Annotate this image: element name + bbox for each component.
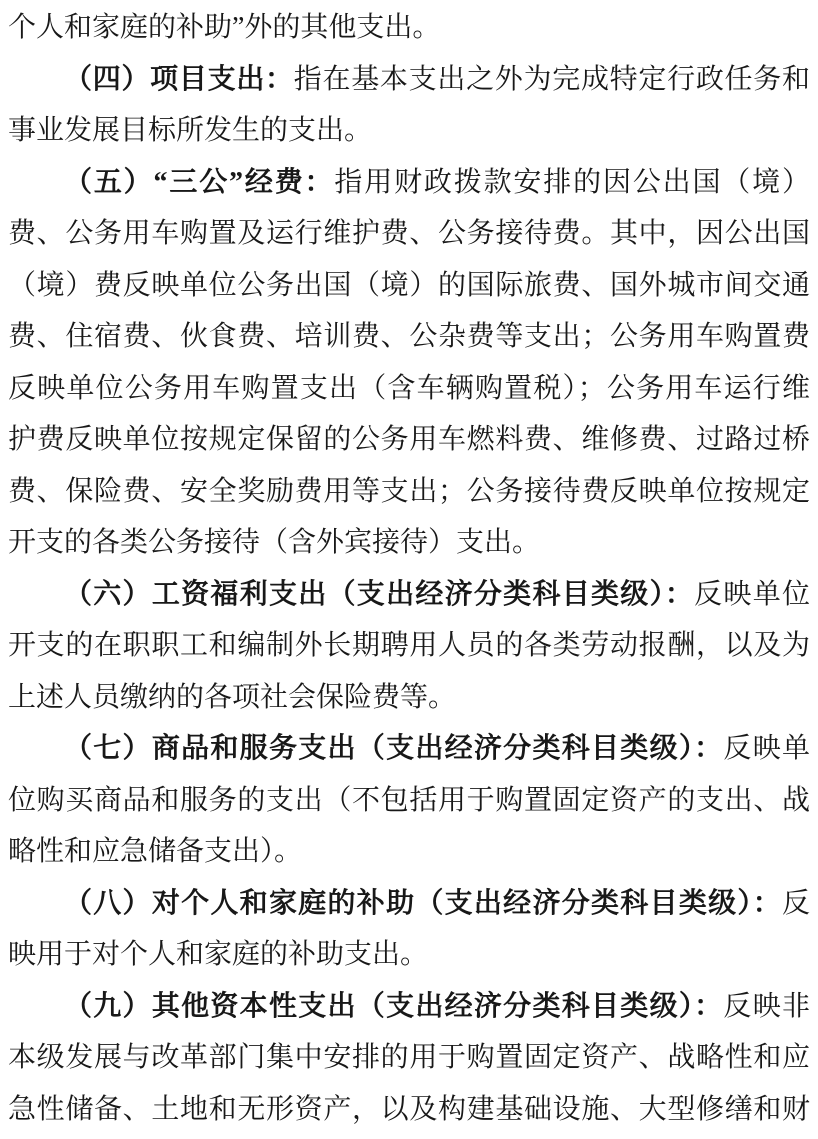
text-line: 开支的在职职工和编制外长期聘用人员的各类劳动报酬，以及为 bbox=[8, 620, 810, 672]
body-text-segment: 上述人员缴纳的各项社会保险费等。 bbox=[8, 682, 456, 713]
text-line: （四）项目支出：指在基本支出之外为完成特定行政任务和 bbox=[8, 54, 810, 106]
body-text-segment: 开支的各类公务接待（含外宾接待）支出。 bbox=[8, 527, 540, 558]
text-line: 映用于对个人和家庭的补助支出。 bbox=[8, 929, 810, 981]
body-text-segment: 指用财政拨款安排的因公出国（境） bbox=[334, 167, 810, 198]
section-heading-segment: （九）其他资本性支出（支出经济分类科目类级）： bbox=[64, 991, 723, 1022]
text-line: （九）其他资本性支出（支出经济分类科目类级）：反映非 bbox=[8, 981, 810, 1033]
body-text-segment: 位购买商品和服务的支出（不包括用于购置固定资产的支出、战 bbox=[8, 785, 810, 816]
text-line: 开支的各类公务接待（含外宾接待）支出。 bbox=[8, 517, 810, 569]
body-text-segment: 费、公务用车购置及运行维护费、公务接待费。其中，因公出国 bbox=[8, 218, 810, 249]
body-text-segment: 反映非 bbox=[723, 991, 810, 1022]
text-line: （八）对个人和家庭的补助（支出经济分类科目类级）：反 bbox=[8, 878, 810, 930]
text-line: 个人和家庭的补助”外的其他支出。 bbox=[8, 2, 810, 54]
body-text-segment: 反映单 bbox=[723, 733, 810, 764]
text-line: （五）“三公”经费：指用财政拨款安排的因公出国（境） bbox=[8, 157, 810, 209]
body-text-segment: 急性储备、土地和无形资产，以及构建基础设施、大型修缮和财 bbox=[8, 1094, 810, 1125]
section-heading-segment: （六）工资福利支出（支出经济分类科目类级）： bbox=[64, 579, 694, 610]
body-text-segment: 反 bbox=[782, 888, 810, 919]
body-text-segment: 护费反映单位按规定保留的公务用车燃料费、维修费、过路过桥 bbox=[8, 424, 810, 455]
section-heading-segment: （八）对个人和家庭的补助（支出经济分类科目类级）： bbox=[64, 888, 782, 919]
body-text-segment: 个人和家庭的补助”外的其他支出。 bbox=[8, 12, 440, 43]
section-heading-segment: （五）“三公”经费： bbox=[64, 167, 334, 198]
document-page: 个人和家庭的补助”外的其他支出。（四）项目支出：指在基本支出之外为完成特定行政任… bbox=[0, 0, 818, 1139]
body-text-segment: 映用于对个人和家庭的补助支出。 bbox=[8, 939, 428, 970]
text-line: 费、公务用车购置及运行维护费、公务接待费。其中，因公出国 bbox=[8, 208, 810, 260]
body-text-segment: （境）费反映单位公务出国（境）的国际旅费、国外城市间交通 bbox=[8, 270, 810, 301]
text-line: 上述人员缴纳的各项社会保险费等。 bbox=[8, 672, 810, 724]
text-line: 位购买商品和服务的支出（不包括用于购置固定资产的支出、战 bbox=[8, 775, 810, 827]
body-text-segment: 开支的在职职工和编制外长期聘用人员的各类劳动报酬，以及为 bbox=[8, 630, 810, 661]
body-text-segment: 指在基本支出之外为完成特定行政任务和 bbox=[294, 64, 810, 95]
body-text-segment: 事业发展目标所发生的支出。 bbox=[8, 115, 372, 146]
text-line: 事业发展目标所发生的支出。 bbox=[8, 105, 810, 157]
text-line: （六）工资福利支出（支出经济分类科目类级）：反映单位 bbox=[8, 569, 810, 621]
body-text-segment: 略性和应急储备支出）。 bbox=[8, 836, 302, 867]
body-text-segment: 本级发展与改革部门集中安排的用于购置固定资产、战略性和应 bbox=[8, 1042, 810, 1073]
text-line: 护费反映单位按规定保留的公务用车燃料费、维修费、过路过桥 bbox=[8, 414, 810, 466]
section-heading-segment: （四）项目支出： bbox=[64, 64, 294, 95]
body-text-segment: 反映单位公务用车购置支出（含车辆购置税）；公务用车运行维 bbox=[8, 373, 810, 404]
body-text-segment: 反映单位 bbox=[694, 579, 810, 610]
section-heading-segment: （七）商品和服务支出（支出经济分类科目类级）： bbox=[64, 733, 723, 764]
text-line: 费、住宿费、伙食费、培训费、公杂费等支出；公务用车购置费 bbox=[8, 311, 810, 363]
text-line: 略性和应急储备支出）。 bbox=[8, 826, 810, 878]
body-text-segment: 费、住宿费、伙食费、培训费、公杂费等支出；公务用车购置费 bbox=[8, 321, 810, 352]
body-text-segment: 费、保险费、安全奖励费用等支出；公务接待费反映单位按规定 bbox=[8, 476, 810, 507]
text-line: （境）费反映单位公务出国（境）的国际旅费、国外城市间交通 bbox=[8, 260, 810, 312]
text-line: （七）商品和服务支出（支出经济分类科目类级）：反映单 bbox=[8, 723, 810, 775]
text-line: 本级发展与改革部门集中安排的用于购置固定资产、战略性和应 bbox=[8, 1032, 810, 1084]
text-line: 反映单位公务用车购置支出（含车辆购置税）；公务用车运行维 bbox=[8, 363, 810, 415]
text-line: 费、保险费、安全奖励费用等支出；公务接待费反映单位按规定 bbox=[8, 466, 810, 518]
text-line: 急性储备、土地和无形资产，以及构建基础设施、大型修缮和财 bbox=[8, 1084, 810, 1136]
